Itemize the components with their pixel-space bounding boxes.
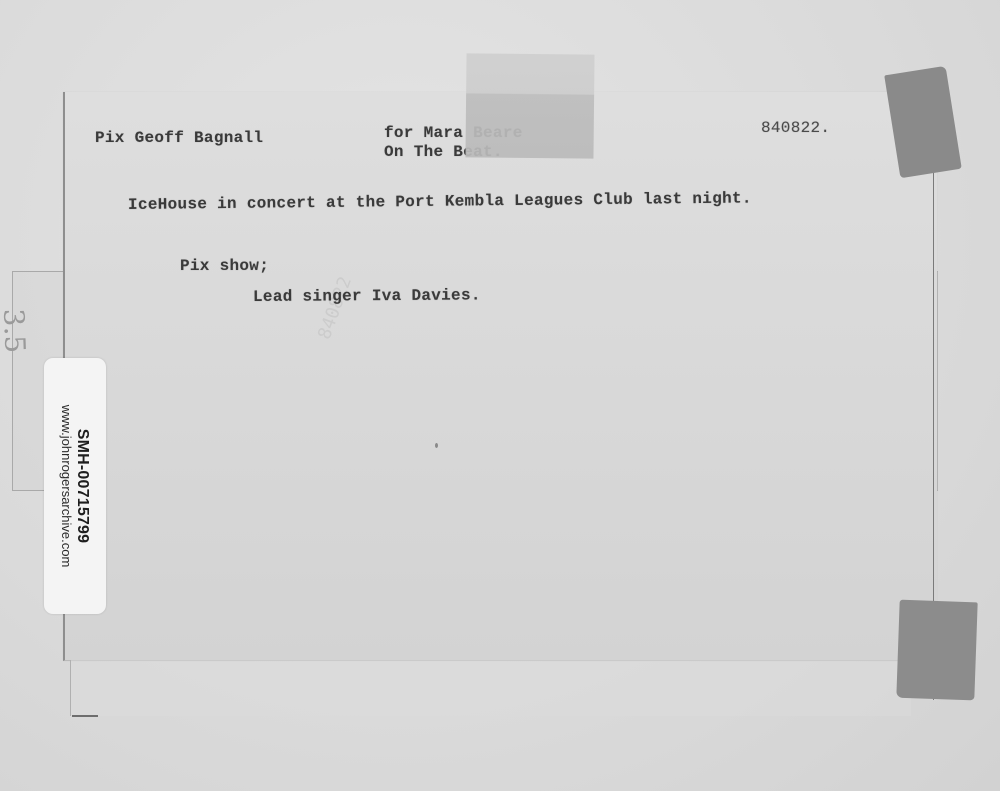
archive-id: SMH-00715799 <box>73 366 90 606</box>
lower-sheet-edge <box>70 660 911 716</box>
archive-label-sticker: SMH-00715799 www.johnrogersarchive.com <box>44 358 106 614</box>
dust-speck <box>435 443 438 448</box>
tape-piece-top <box>465 53 594 158</box>
archive-url: www.johnrogersarchive.com <box>60 366 74 606</box>
photo-subject: Lead singer Iva Davies. <box>253 286 481 306</box>
pencil-annotation: 3.5 <box>0 308 32 354</box>
archive-label-text: SMH-00715799 www.johnrogersarchive.com <box>60 366 90 606</box>
reference-number: 840822. <box>761 119 830 137</box>
edge-mark <box>72 715 98 717</box>
tape-piece-right-bottom <box>896 600 977 701</box>
caption-sheet <box>63 92 937 661</box>
photographer-credit: Pix Geoff Bagnall <box>95 129 263 147</box>
pix-show-label: Pix show; <box>180 257 269 275</box>
